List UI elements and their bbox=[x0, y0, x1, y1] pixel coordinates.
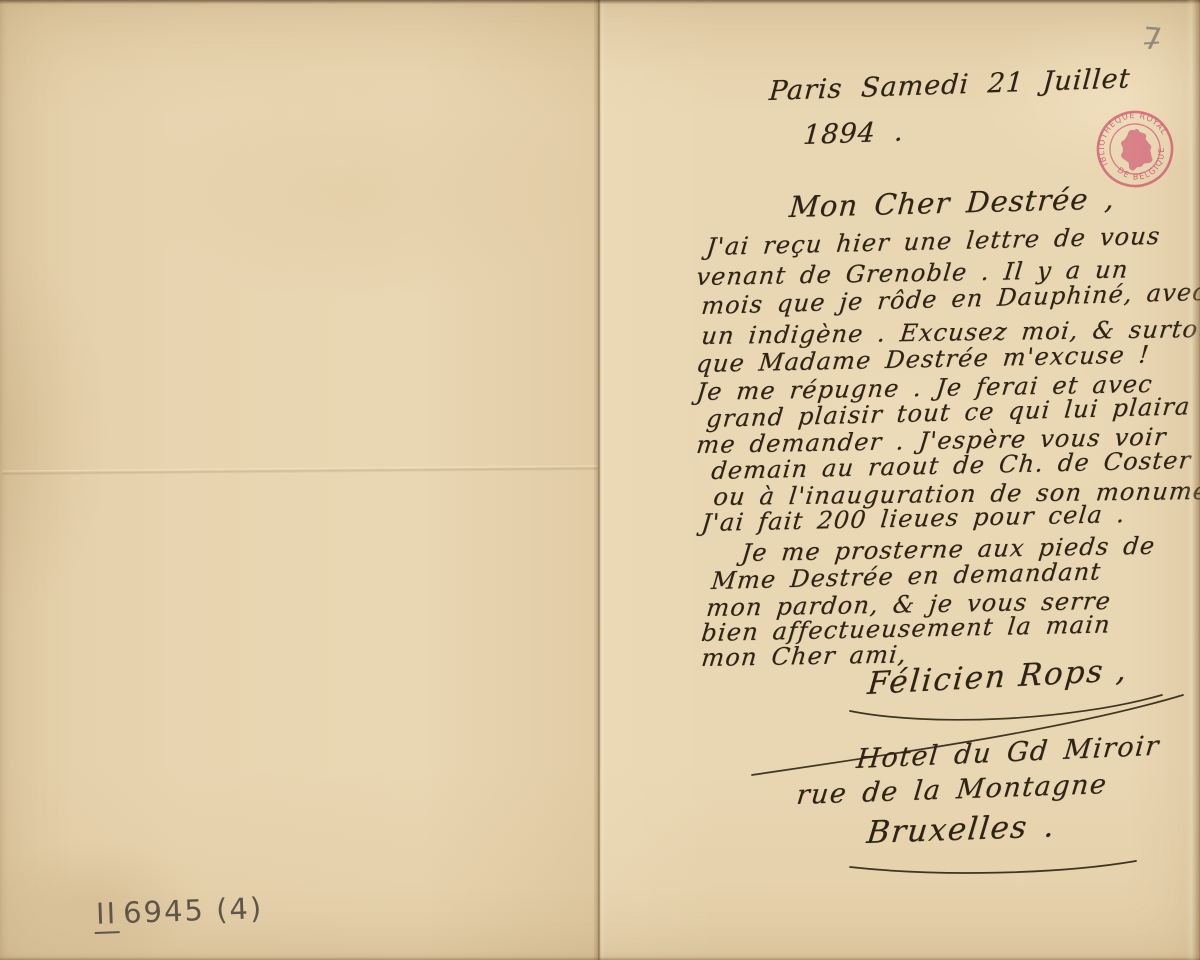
address-line-city: Bruxelles . bbox=[865, 808, 1057, 851]
folio-number: 7 bbox=[1142, 21, 1163, 57]
dateline-year: 1894 . bbox=[802, 116, 905, 151]
inventory-number: II6945 (4) bbox=[93, 891, 263, 931]
stamp-lion-icon bbox=[1112, 125, 1158, 173]
inventory-prefix: II bbox=[93, 896, 119, 934]
fold-crease-left bbox=[2, 465, 598, 475]
blank-left-page bbox=[0, 0, 600, 960]
letter-scan: II6945 (4) 7 BIBLIOTHÈQUE ROYALE DE BELG… bbox=[0, 0, 1200, 960]
inventory-digits: 6945 (4) bbox=[123, 891, 264, 930]
scan-edge-right bbox=[1186, 0, 1200, 960]
scan-edge-top bbox=[0, 0, 1200, 4]
library-stamp-icon: BIBLIOTHÈQUE ROYALE DE BELGIQUE bbox=[1092, 106, 1178, 192]
